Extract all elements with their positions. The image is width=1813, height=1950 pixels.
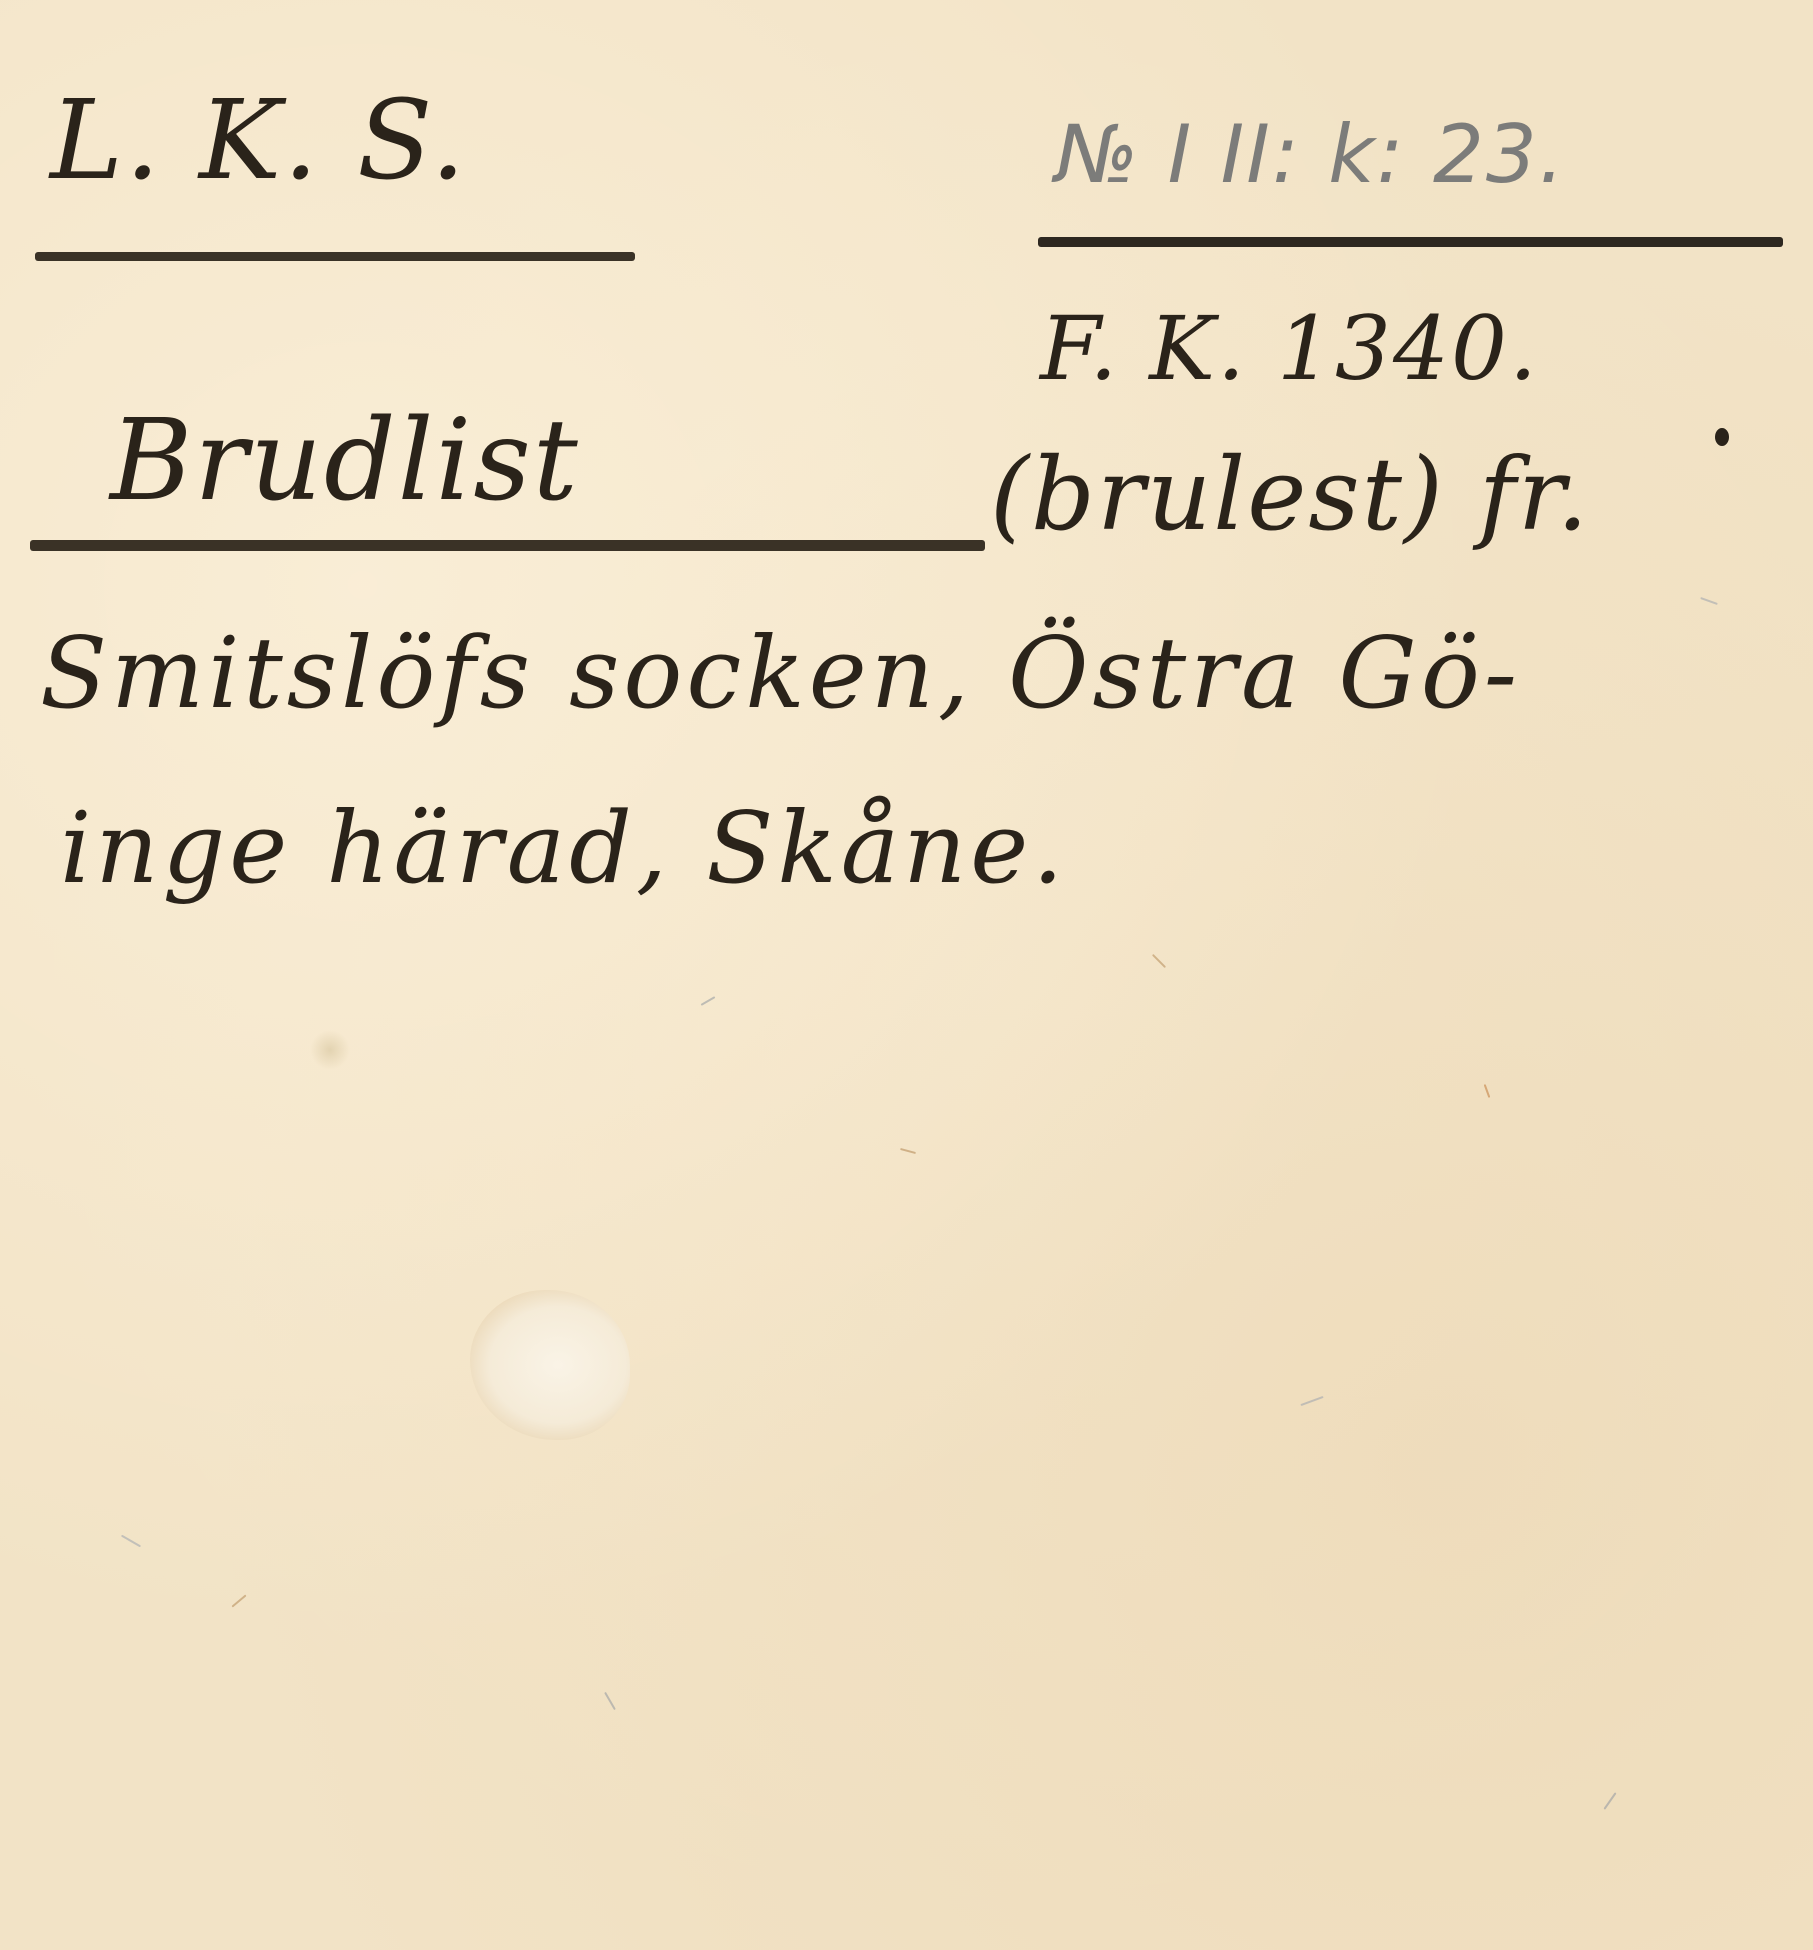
paper-fiber xyxy=(604,1692,616,1710)
paper-fiber xyxy=(701,996,716,1006)
headword-underline xyxy=(30,540,985,551)
paper-fiber xyxy=(1300,1396,1323,1406)
paper-fiber xyxy=(121,1535,141,1548)
ink-dot xyxy=(1715,428,1729,446)
paper-fiber xyxy=(900,1148,916,1154)
reference-code: F. K. 1340. xyxy=(1040,305,1539,393)
paper-fiber xyxy=(1700,597,1718,605)
collection-mark-underline xyxy=(35,252,635,261)
paper-stain xyxy=(470,1290,630,1440)
paper-spot xyxy=(310,1030,350,1070)
variant-form: (brulest) fr. xyxy=(990,445,1590,545)
headword: Brudlist xyxy=(110,405,580,517)
paper-fiber xyxy=(1603,1792,1616,1810)
collection-mark: L. K. S. xyxy=(50,85,468,195)
catalog-number-underline xyxy=(1038,237,1783,247)
paper-fiber xyxy=(1484,1084,1491,1098)
paper-fiber xyxy=(1152,954,1166,968)
catalog-number: № I II: k: 23. xyxy=(1055,115,1566,195)
entry-line-district: inge härad, Skåne. xyxy=(60,800,1067,898)
paper-fiber xyxy=(231,1594,246,1607)
index-card: L. K. S. № I II: k: 23. F. K. 1340. Brud… xyxy=(0,0,1813,1950)
entry-line-parish: Smitslöfs socken, Östra Gö- xyxy=(40,625,1521,723)
